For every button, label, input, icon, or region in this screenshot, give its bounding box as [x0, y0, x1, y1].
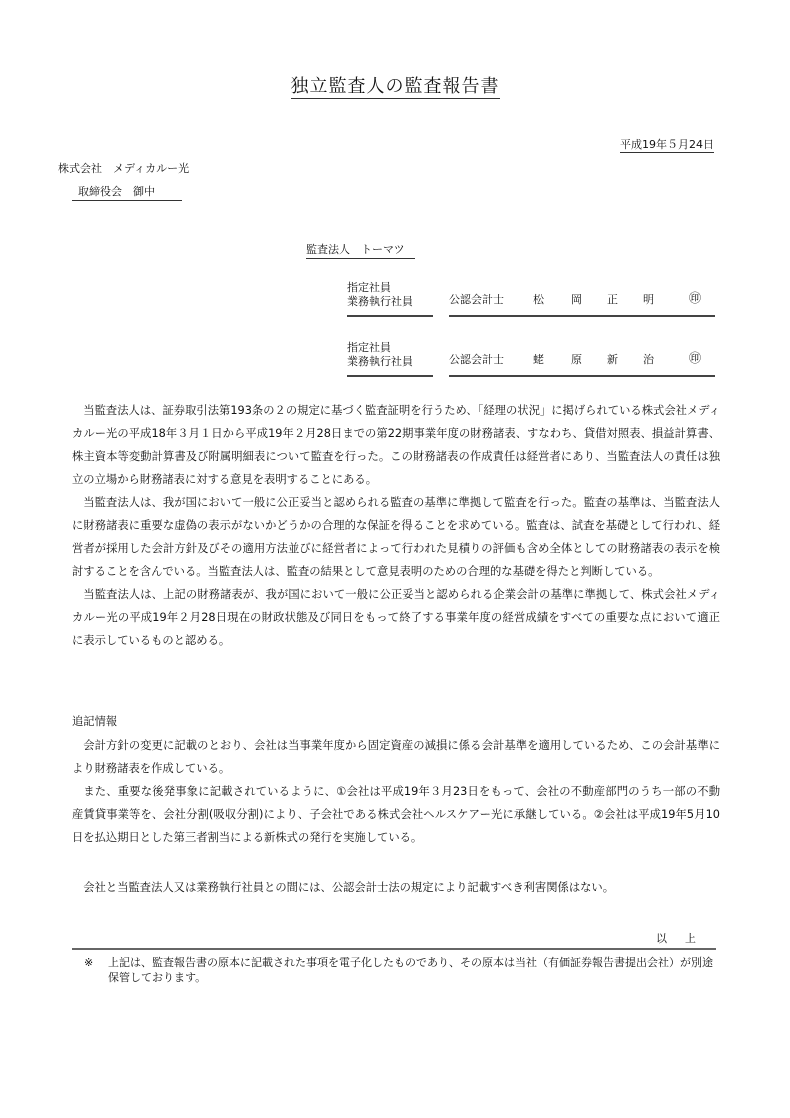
name-char: 原 [571, 351, 582, 367]
name-char: 正 [607, 291, 618, 307]
document-title-text: 独立監査人の監査報告書 [291, 76, 500, 99]
seal-icon: ㊞ [689, 349, 701, 366]
seal-icon: ㊞ [689, 289, 701, 306]
addressee-company: 株式会社 メディカルー光 [58, 160, 189, 176]
footer-divider [72, 948, 716, 950]
document-title: 独立監査人の監査報告書 [0, 72, 790, 98]
additional-info-paragraph: また、重要な後発事象に記載されているように、①会社は平成19年３月23日をもって… [72, 780, 720, 849]
signature-underline [449, 315, 715, 317]
interest-statement: 会社と当監査法人又は業務執行社員との間には、公認会計士法の規定により記載すべき利… [72, 876, 720, 899]
addressee-board: 取締役会 御中 [72, 183, 182, 201]
signatory-role: 指定社員 業務執行社員 [347, 281, 413, 309]
audit-body: 当監査法人は、証券取引法第193条の２の規定に基づく監査証明を行うため、「経理の… [72, 399, 720, 652]
audit-firm: 監査法人 トーマツ [306, 241, 415, 259]
role-line-2: 業務執行社員 [347, 355, 413, 369]
role-line-1: 指定社員 [347, 281, 413, 295]
signatory-role: 指定社員 業務執行社員 [347, 341, 413, 369]
footnote-text: 上記は、監査報告書の原本に記載された事項を電子化したものであり、その原本は当社（… [108, 955, 720, 985]
role-line-1: 指定社員 [347, 341, 413, 355]
signatory-title: 公認会計士 [449, 351, 504, 367]
name-char: 松 [533, 291, 544, 307]
signatory-row: 指定社員 業務執行社員 公認会計士 松 岡 正 明 ㊞ [345, 281, 715, 317]
signatory-title: 公認会計士 [449, 291, 504, 307]
signature-underline [449, 375, 715, 377]
additional-info-body: 会計方針の変更に記載のとおり、会社は当事業年度から固定資産の減損に係る会計基準を… [72, 734, 720, 849]
additional-info-paragraph: 会計方針の変更に記載のとおり、会社は当事業年度から固定資産の減損に係る会計基準を… [72, 734, 720, 780]
role-line-2: 業務執行社員 [347, 295, 413, 309]
role-underline [347, 375, 433, 377]
interest-statement-block: 会社と当監査法人又は業務執行社員との間には、公認会計士法の規定により記載すべき利… [72, 876, 720, 899]
report-date: 平成19年５月24日 [620, 136, 714, 153]
name-char: 蛯 [533, 351, 544, 367]
name-char: 岡 [571, 291, 582, 307]
signatory-row: 指定社員 業務執行社員 公認会計士 蛯 原 新 治 ㊞ [345, 341, 715, 377]
body-paragraph: 当監査法人は、上記の財務諸表が、我が国において一般に公正妥当と認められる企業会計… [72, 583, 720, 652]
body-paragraph: 当監査法人は、我が国において一般に公正妥当と認められる監査の基準に準拠して監査を… [72, 491, 720, 583]
name-char: 治 [643, 351, 654, 367]
body-paragraph: 当監査法人は、証券取引法第193条の２の規定に基づく監査証明を行うため、「経理の… [72, 399, 720, 491]
reference-mark-icon: ※ [84, 955, 93, 970]
name-char: 新 [607, 351, 618, 367]
additional-info-heading: 追記情報 [72, 713, 117, 729]
name-char: 明 [643, 291, 654, 307]
role-underline [347, 315, 433, 317]
closing-mark: 以上 [656, 930, 714, 946]
